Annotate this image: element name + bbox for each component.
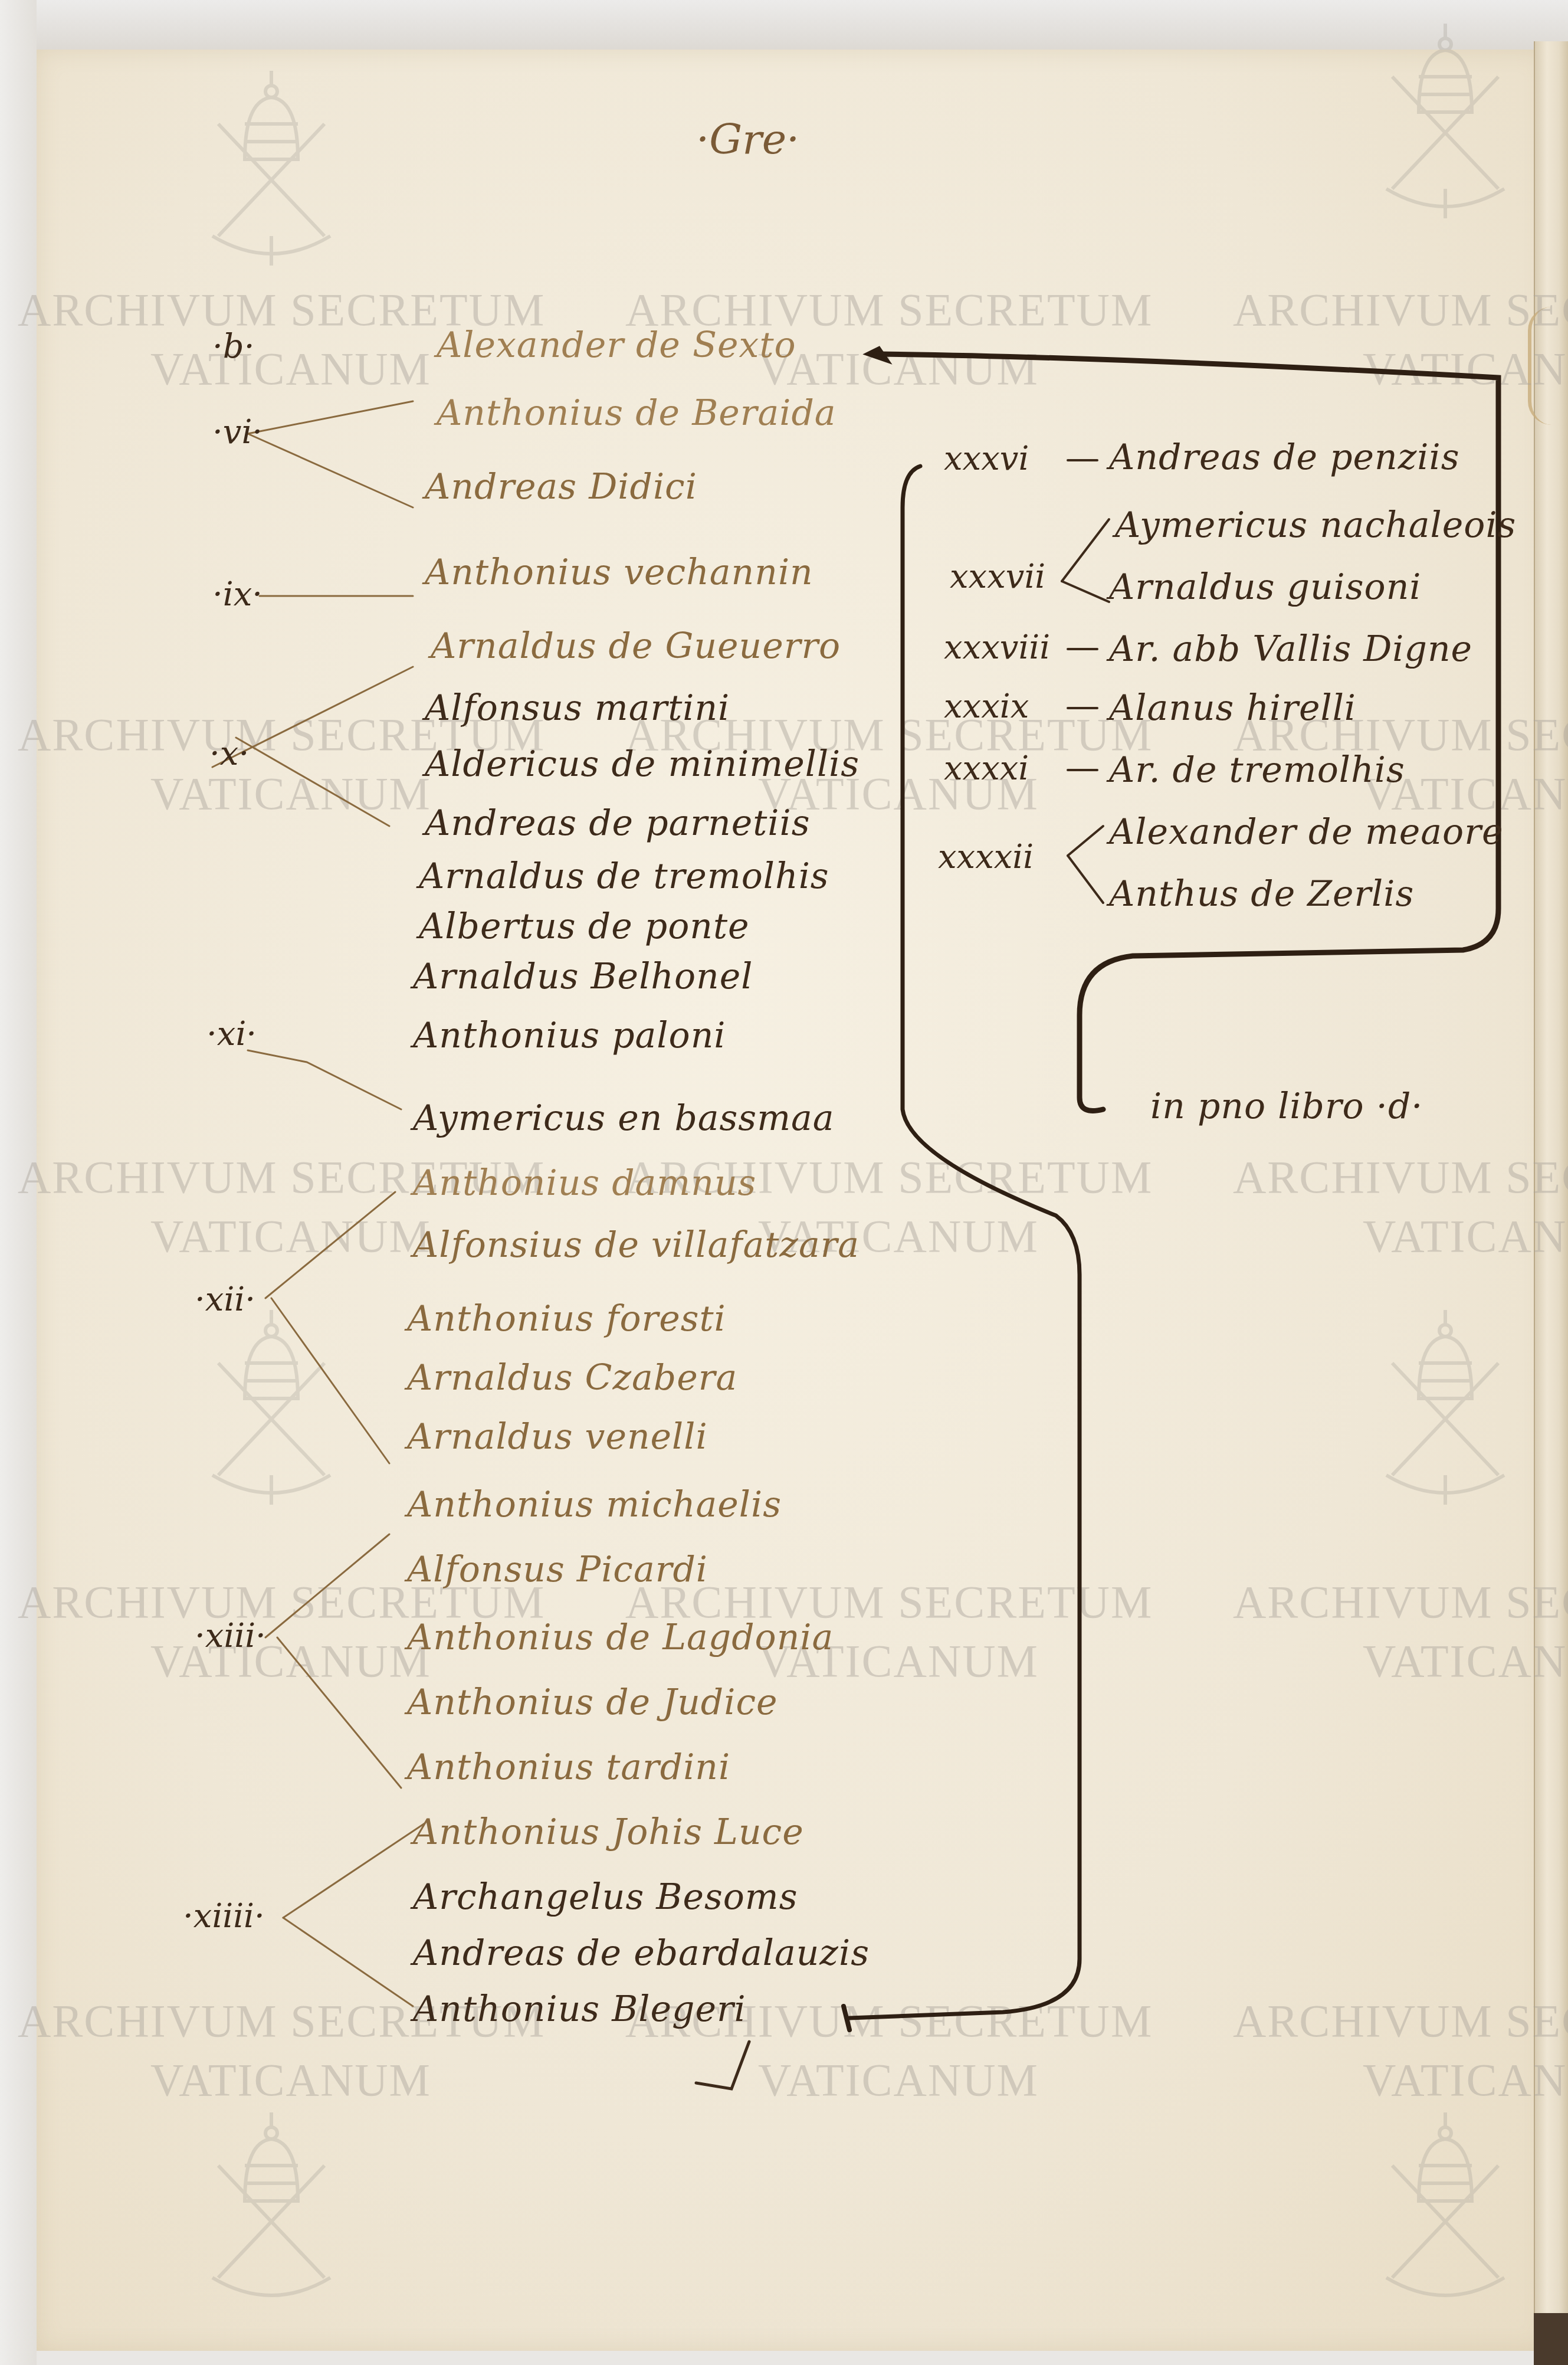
margin-numeral: xxxvi: [944, 440, 1029, 478]
register-entry: Archangelus Besoms: [413, 1876, 798, 1918]
register-entry: Anthonius de Lagdonia: [407, 1617, 834, 1658]
watermark-line1: ARCHIVUM SECRETUM: [1233, 283, 1568, 336]
register-entry: Alanus hirelli: [1109, 687, 1356, 729]
register-entry: Aymericus nachaleois: [1115, 505, 1516, 546]
register-entry: Albertus de ponte: [419, 906, 750, 947]
margin-numeral: ·b·: [212, 327, 254, 366]
register-entry: Arnaldus Czabera: [407, 1357, 737, 1398]
margin-numeral: xxxviii: [944, 628, 1050, 667]
margin-numeral: ·xiiii·: [183, 1897, 265, 1935]
papal-crest-watermark-icon: [195, 2101, 348, 2313]
page-header-mark: ·Gre·: [696, 115, 799, 163]
papal-crest-watermark-icon: [1369, 12, 1522, 224]
watermark-line1: ARCHIVUM SECRETUM: [1233, 1575, 1568, 1629]
register-entry: Anthonius paloni: [413, 1015, 726, 1056]
margin-numeral: xxxvii: [950, 558, 1045, 596]
register-entry: Aymericus en bassmaa: [413, 1098, 835, 1139]
register-entry: Anthonius Johis Luce: [413, 1812, 804, 1853]
watermark-line2: VATICANUM: [150, 1210, 431, 1263]
book-edge: [1534, 2313, 1568, 2365]
register-entry: Alfonsus Picardi: [407, 1549, 708, 1590]
register-entry: Alexander de meaore: [1109, 811, 1503, 853]
watermark-line2: VATICANUM: [1363, 1210, 1568, 1263]
papal-crest-watermark-icon: [195, 59, 348, 271]
register-entry: Anthonius Blegeri: [413, 1989, 746, 2030]
papal-crest-watermark-icon: [195, 1298, 348, 1511]
watermark-line2: VATICANUM: [1363, 342, 1568, 395]
register-entry: Anthonius de Beraida: [437, 392, 837, 434]
register-entry: Arnaldus de Gueuerro: [431, 625, 841, 667]
register-entry: Arnaldus guisoni: [1109, 566, 1422, 608]
register-entry: Andreas de penziis: [1109, 437, 1460, 478]
papal-crest-watermark-icon: [1369, 1298, 1522, 1511]
watermark-line2: VATICANUM: [1363, 2053, 1568, 2107]
register-entry: Anthonius damnus: [413, 1162, 756, 1204]
margin-numeral: xxxxii: [938, 838, 1034, 876]
margin-numeral: ·vi·: [212, 413, 263, 451]
register-entry: Alfonsus martini: [425, 687, 730, 729]
margin-numeral: ·xi·: [206, 1015, 257, 1053]
scan-backdrop-top: [0, 0, 1568, 53]
margin-numeral: ·xii·: [195, 1280, 255, 1319]
margin-numeral: xxxxi: [944, 749, 1029, 788]
register-entry: Alexander de Sexto: [437, 325, 796, 366]
register-entry: Ar. de tremolhis: [1109, 749, 1405, 791]
register-entry: Andreas de parnetiis: [425, 802, 811, 844]
register-entry: Anthonius michaelis: [407, 1484, 782, 1525]
register-entry: Aldericus de minimellis: [425, 743, 860, 785]
register-entry: Anthonius vechannin: [425, 552, 813, 593]
watermark-line2: VATICANUM: [150, 2053, 431, 2107]
register-entry: Andreas de ebardalauzis: [413, 1932, 870, 1974]
watermark-line2: VATICANUM: [758, 342, 1039, 395]
register-entry: Anthonius tardini: [407, 1747, 730, 1788]
register-entry: Arnaldus de tremolhis: [419, 856, 829, 897]
watermark-line2: VATICANUM: [758, 2053, 1039, 2107]
register-entry: Arnaldus venelli: [407, 1416, 708, 1457]
cross-reference-note: in pno libro ·d·: [1150, 1086, 1423, 1127]
margin-numeral: ·xiii·: [195, 1617, 266, 1655]
register-entry: Anthus de Zerlis: [1109, 873, 1414, 915]
register-entry: Anthonius de Judice: [407, 1682, 778, 1723]
register-entry: Andreas Didici: [425, 466, 697, 507]
margin-numeral: ·x·: [209, 735, 249, 773]
register-entry: Ar. abb Vallis Digne: [1109, 628, 1472, 670]
watermark-line1: ARCHIVUM SECRETUM: [1233, 1994, 1568, 2048]
watermark-line2: VATICANUM: [1363, 1634, 1568, 1688]
watermark-line2: VATICANUM: [150, 1634, 431, 1688]
register-entry: Alfonsius de villafatzara: [413, 1224, 860, 1266]
register-entry: Anthonius foresti: [407, 1298, 726, 1339]
register-entry: Arnaldus Belhonel: [413, 956, 753, 997]
watermark-line2: VATICANUM: [150, 342, 431, 395]
watermark-line2: VATICANUM: [150, 767, 431, 820]
papal-crest-watermark-icon: [1369, 2101, 1522, 2313]
margin-numeral: xxxix: [944, 687, 1029, 726]
watermark-line1: ARCHIVUM SECRETUM: [1233, 1151, 1568, 1204]
margin-numeral: ·ix·: [212, 575, 263, 614]
